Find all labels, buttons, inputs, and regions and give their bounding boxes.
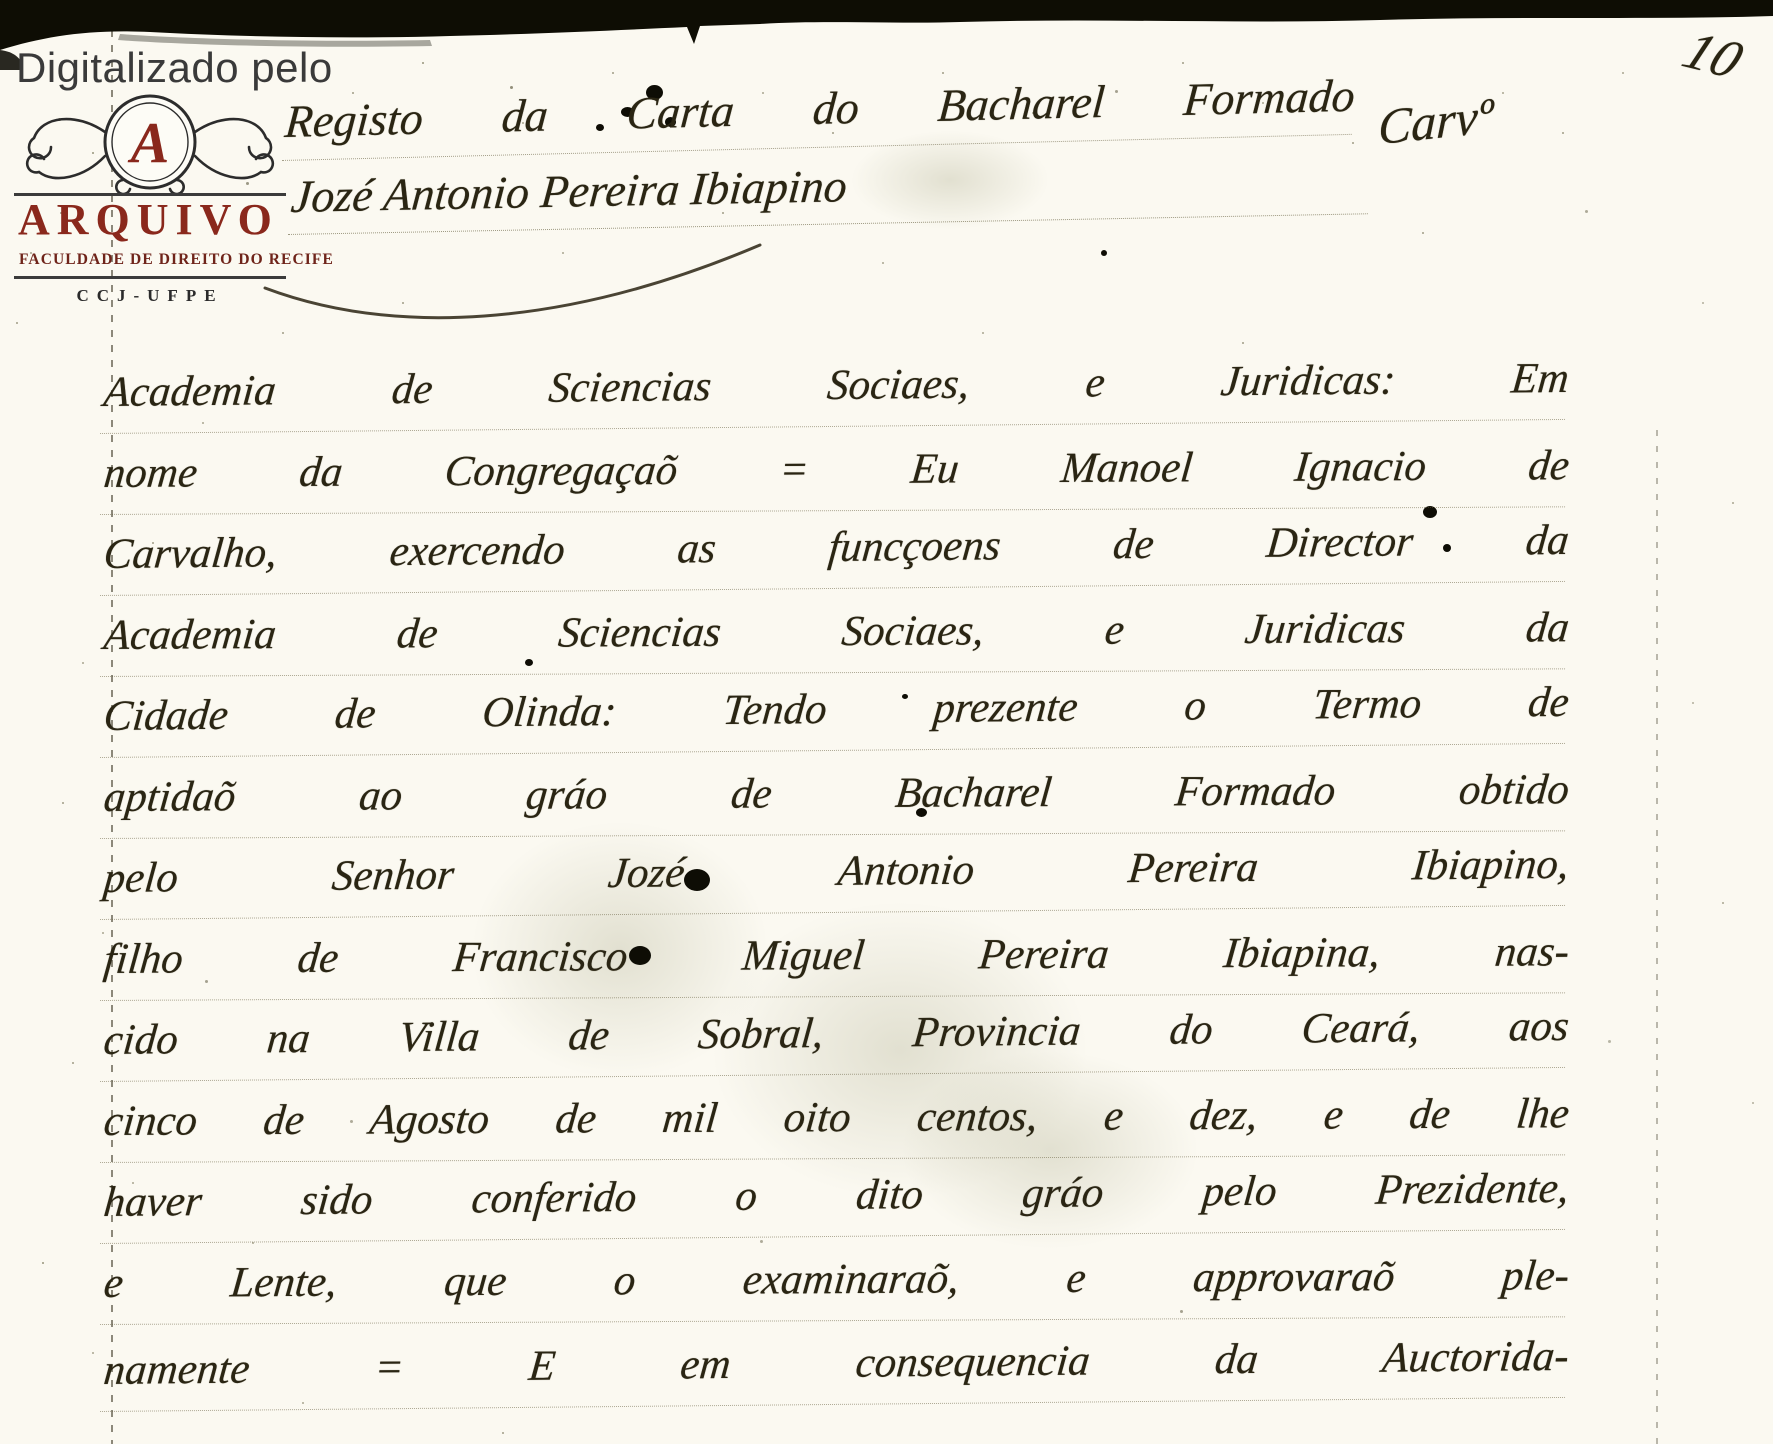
handwritten-line: Cidade de Olinda: Tendo prezente o Termo… [100, 662, 1573, 758]
handwritten-line: e Lente, que o examinaraõ, e approvaraõ … [100, 1235, 1573, 1325]
emblem-letter: A [128, 110, 170, 175]
logo-rule-bottom [14, 276, 286, 279]
scanned-document-page: { "colors": { "ink": "#2a2513", "accent_… [0, 0, 1773, 1444]
handwritten-line: Academia de Sciencias Sociaes, e Juridic… [100, 338, 1573, 434]
margin-annotation: Carvº [1377, 86, 1494, 157]
handwritten-line: Carvalho, exercendo as funcçoens de Dire… [100, 500, 1573, 596]
handwritten-line: cido na Villa de Sobral, Provincia do Ce… [100, 986, 1573, 1082]
watermark-subtitle: FACULDADE DE DIREITO DO RECIFE [19, 251, 289, 269]
handwritten-line: haver sido conferido o dito gráo pelo Pr… [100, 1148, 1573, 1244]
archive-emblem-icon: A [12, 92, 288, 196]
watermark-archive-name: ARQUIVO [18, 198, 286, 242]
watermark-prefix: Digitalizado pelo [16, 44, 333, 92]
handwritten-line: pelo Senhor Jozé Antonio Pereira Ibiapin… [100, 824, 1573, 920]
watermark-unit: CCJ-UFPE [15, 286, 285, 306]
handwritten-line: namente = E em consequencia da Auctorida… [100, 1316, 1573, 1412]
